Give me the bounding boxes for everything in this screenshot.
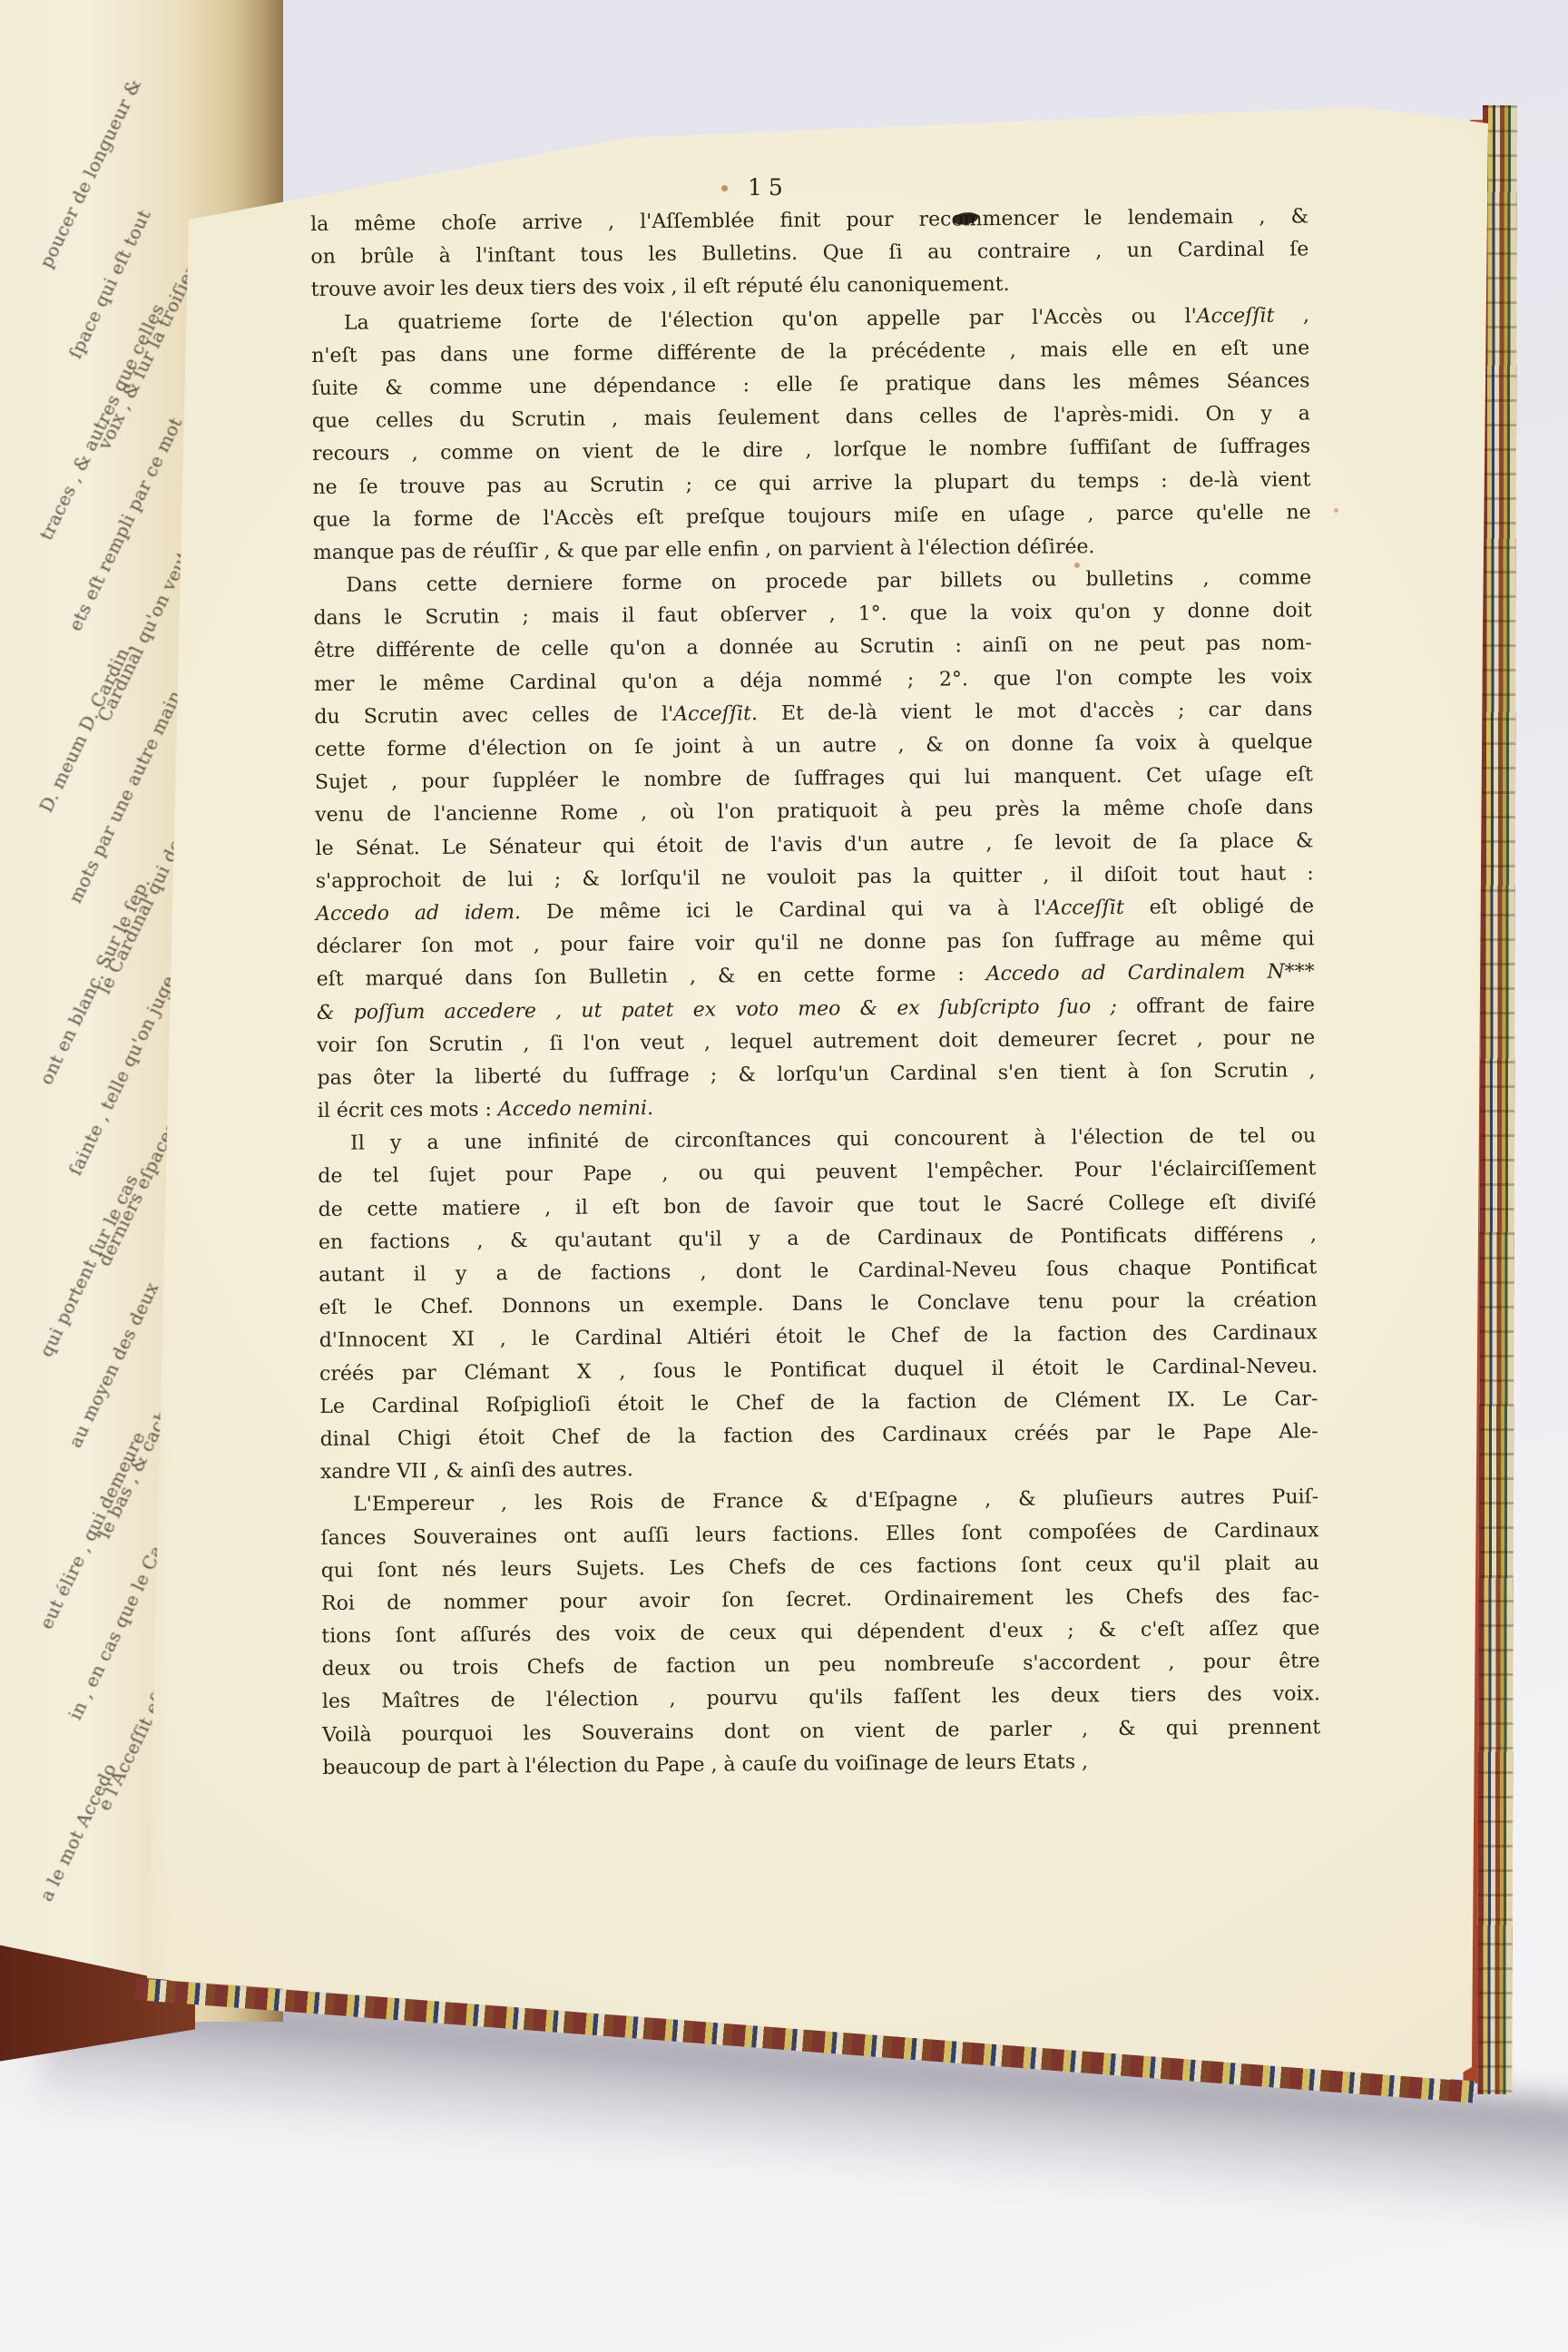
foxing-spot xyxy=(721,185,728,191)
text-line: beaucoup de part à l'élection du Pape , … xyxy=(322,1744,1320,1785)
book-photo: poucer de longueur &ſpace qui eſt toutvo… xyxy=(0,0,1568,2352)
page-number: 15 xyxy=(748,174,789,201)
text-block: la même choſe arrive , l'Aſſemblée finit… xyxy=(310,201,1321,1785)
foxing-spot xyxy=(1334,508,1338,513)
